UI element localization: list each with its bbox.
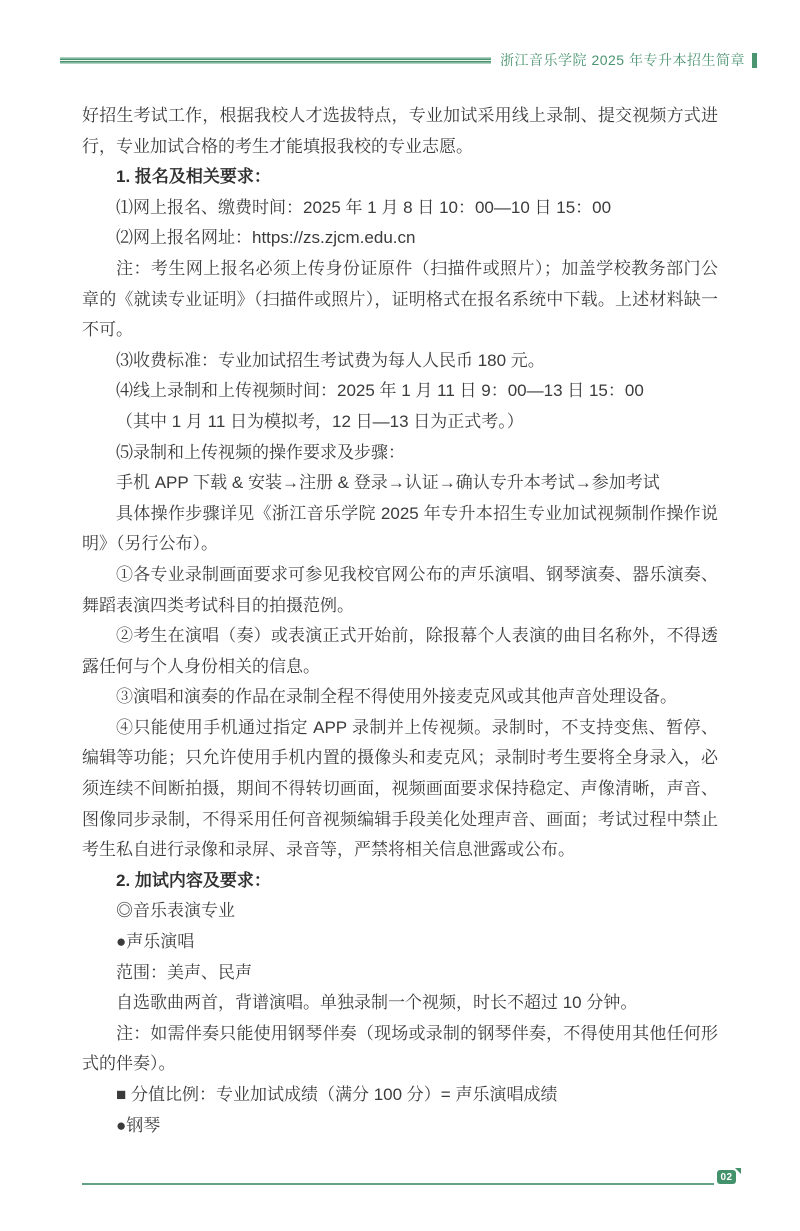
paragraph: 注：如需伴奏只能使用钢琴伴奏（现场或录制的钢琴伴奏，不得使用其他任何形式的伴奏）… [82,1019,718,1080]
page-number: 02 [720,1172,732,1183]
page-number-badge: 02 [717,1170,736,1184]
page-header: 浙江音乐学院 2025 年专升本招生简章 [60,51,757,69]
page-badge-fold-icon [735,1168,741,1174]
paragraph: ■ 分值比例：专业加试成绩（满分 100 分）= 声乐演唱成绩 [82,1080,718,1111]
footer-rule [82,1183,714,1185]
paragraph: ●钢琴 [82,1111,718,1142]
paragraph: ◎音乐表演专业 [82,896,718,927]
paragraph: ③演唱和演奏的作品在录制全程不得使用外接麦克风或其他声音处理设备。 [82,682,718,713]
paragraph: 具体操作步骤详见《浙江音乐学院 2025 年专升本招生专业加试视频制作操作说明》… [82,499,718,560]
paragraph: ⑶收费标准：专业加试招生考试费为每人人民币 180 元。 [82,346,718,377]
document-body: 好招生考试工作，根据我校人才选拔特点，专业加试采用线上录制、提交视频方式进行，专… [82,101,718,1141]
paragraph: 范围：美声、民声 [82,958,718,989]
section-heading: 2. 加试内容及要求： [82,866,718,897]
paragraph: 注：考生网上报名必须上传身份证原件（扫描件或照片）；加盖学校教务部门公章的《就读… [82,254,718,346]
paragraph: ⑸录制和上传视频的操作要求及步骤： [82,438,718,469]
document-page: 浙江音乐学院 2025 年专升本招生简章 好招生考试工作，根据我校人才选拔特点，… [0,0,800,1231]
paragraph: 好招生考试工作，根据我校人才选拔特点，专业加试采用线上录制、提交视频方式进行，专… [82,101,718,162]
paragraph: （其中 1 月 11 日为模拟考，12 日—13 日为正式考。） [82,407,718,438]
paragraph: ①各专业录制画面要求可参见我校官网公布的声乐演唱、钢琴演奏、器乐演奏、舞蹈表演四… [82,560,718,621]
header-title: 浙江音乐学院 2025 年专升本招生简章 [500,50,745,70]
header-accent-bar-icon [752,53,757,68]
paragraph: ⑵网上报名网址：https://zs.zjcm.edu.cn [82,223,718,254]
paragraph: 自选歌曲两首，背谱演唱。单独录制一个视频，时长不超过 10 分钟。 [82,988,718,1019]
paragraph: ④只能使用手机通过指定 APP 录制并上传视频。录制时，不支持变焦、暂停、编辑等… [82,713,718,866]
header-double-rule [60,57,491,64]
paragraph: ●声乐演唱 [82,927,718,958]
paragraph: ②考生在演唱（奏）或表演正式开始前，除报幕个人表演的曲目名称外，不得透露任何与个… [82,621,718,682]
paragraph: ⑴网上报名、缴费时间：2025 年 1 月 8 日 10：00—10 日 15：… [82,193,718,224]
paragraph: 手机 APP 下载 & 安装→注册 & 登录→认证→确认专升本考试→参加考试 [82,468,718,499]
section-heading: 1. 报名及相关要求： [82,162,718,193]
paragraph: ⑷线上录制和上传视频时间：2025 年 1 月 11 日 9：00—13 日 1… [82,376,718,407]
